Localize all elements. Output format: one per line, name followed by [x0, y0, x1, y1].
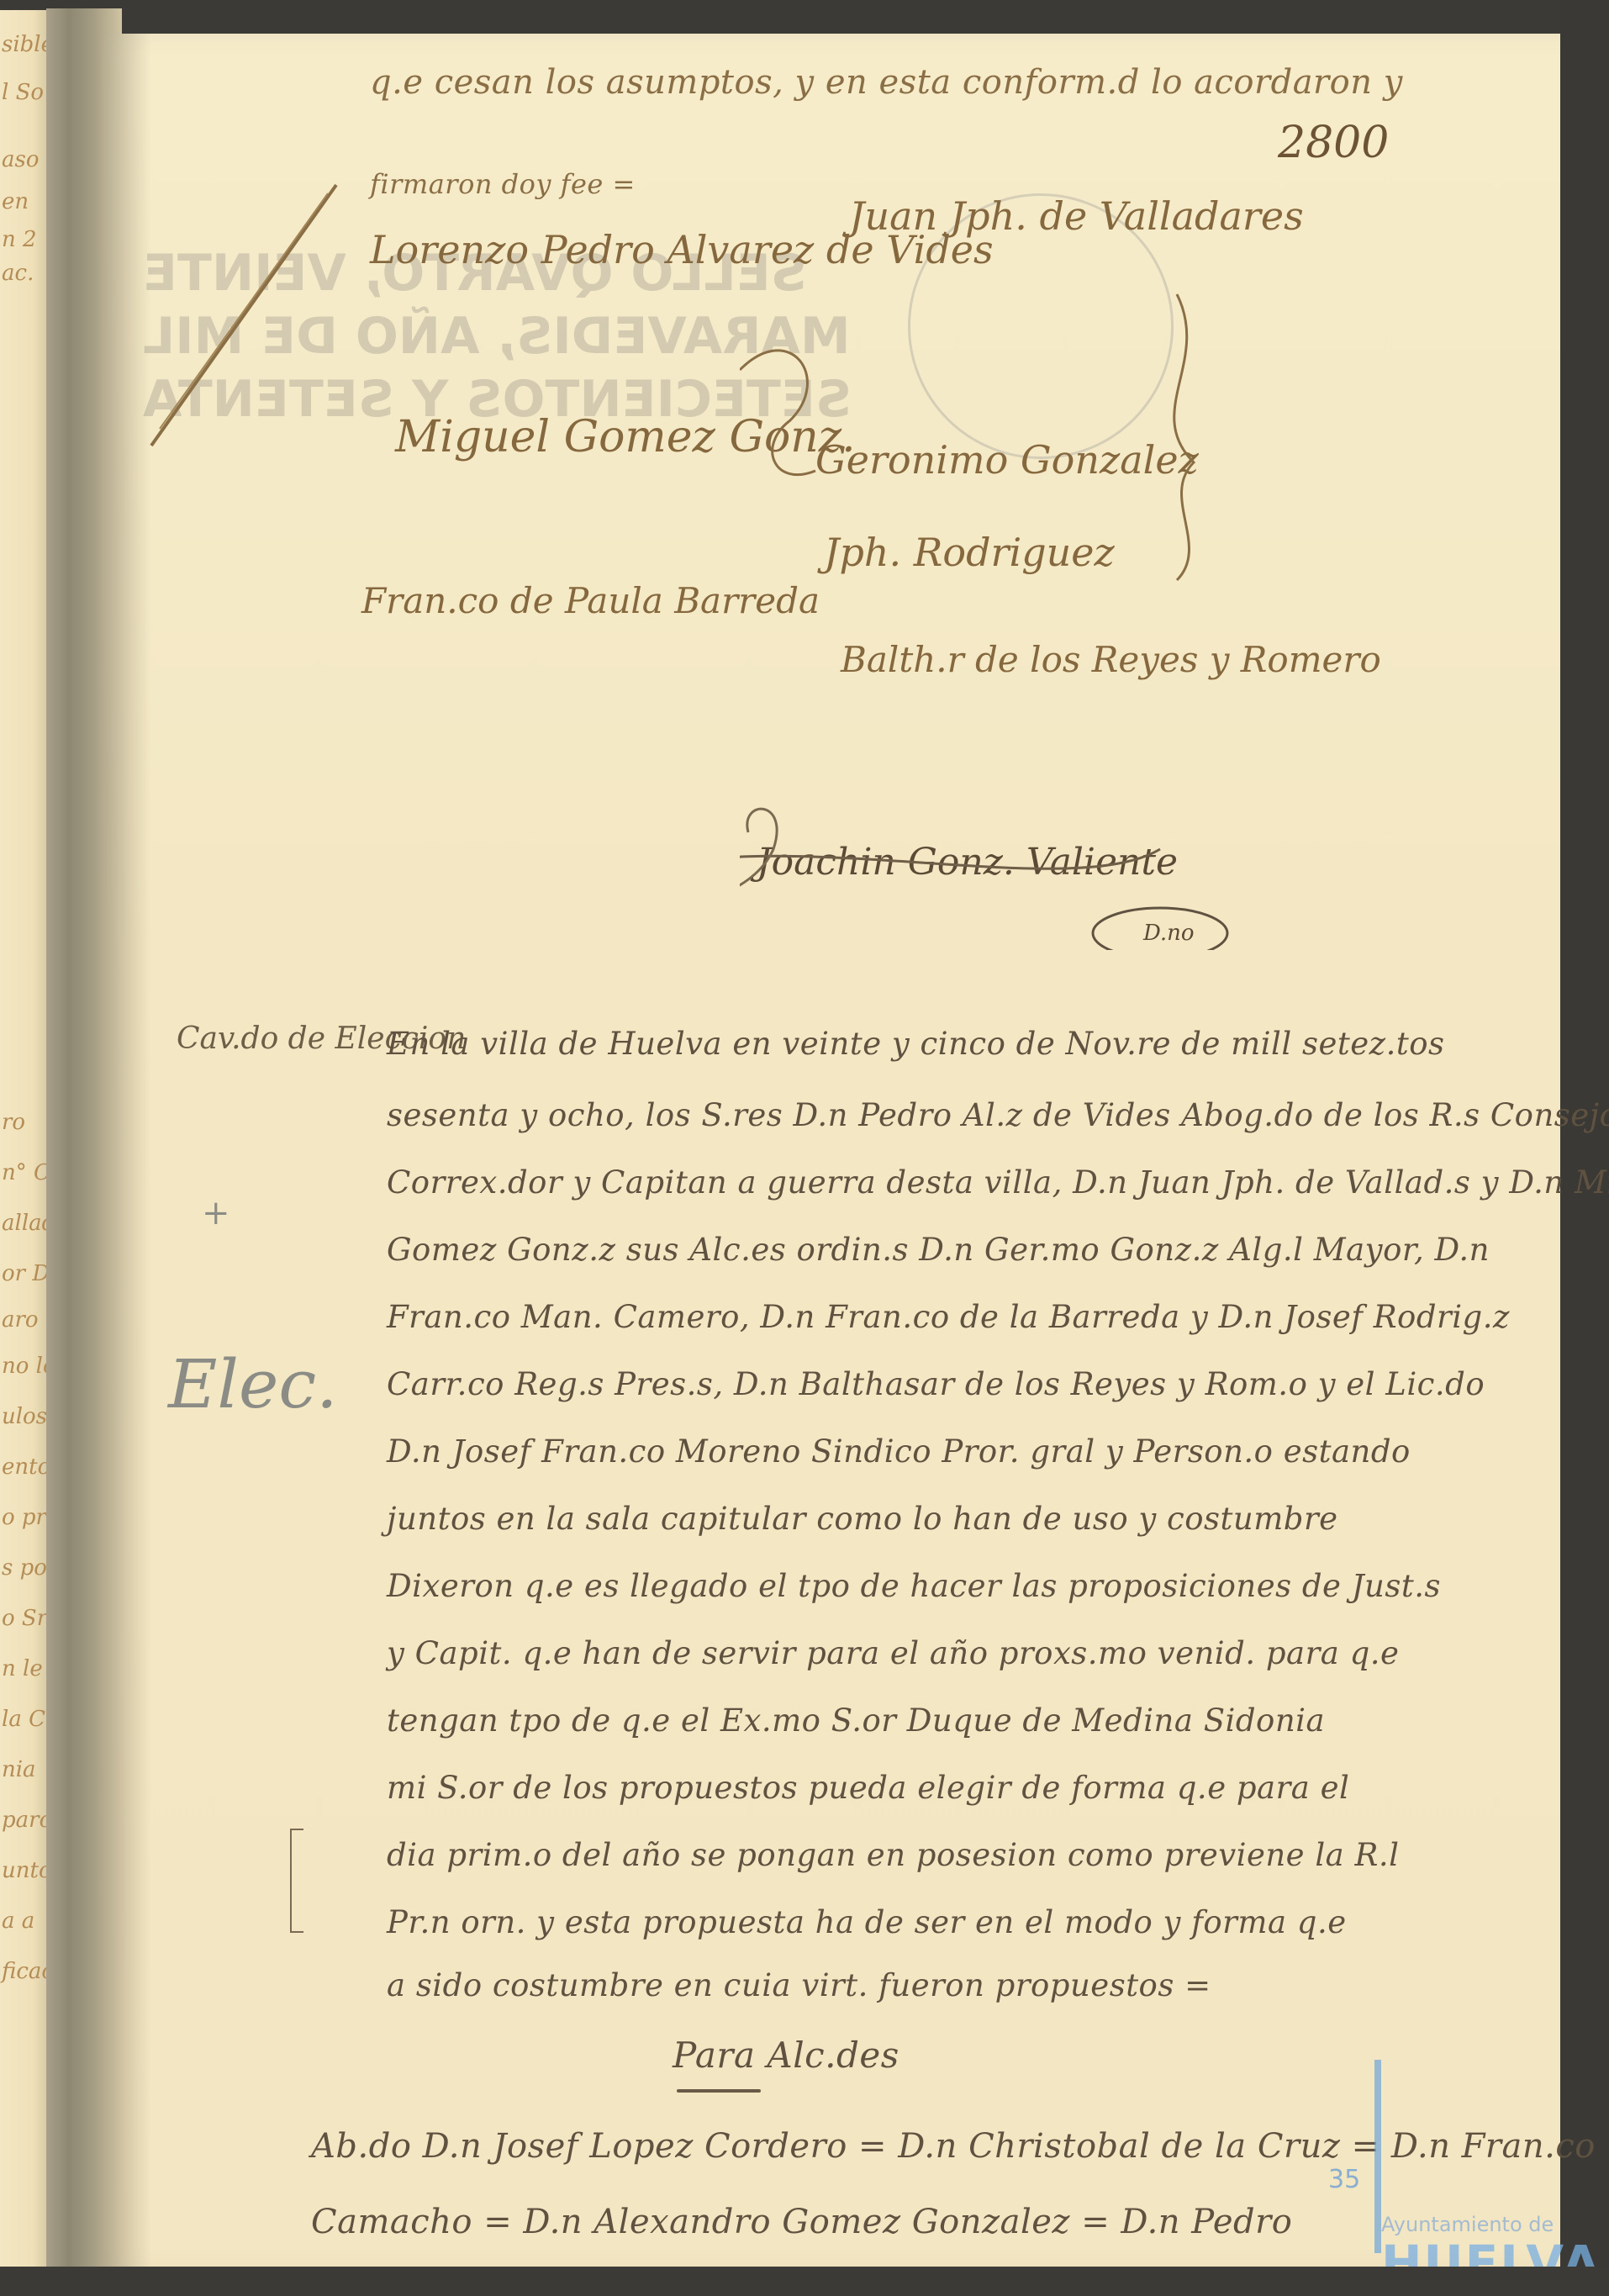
notary-mark: D.no [1143, 921, 1195, 946]
diagonal-strike-icon [135, 177, 353, 454]
facing-page-text: ulos [2, 1406, 47, 1428]
facing-page-text: l So [2, 82, 44, 103]
pencil-cross-mark-icon: + [202, 1194, 230, 1232]
scan-background-right [1560, 0, 1609, 2296]
margin-bracket [290, 1829, 303, 1933]
body-line: Pr.n orn. y esta propuesta ha de ser en … [387, 1904, 1347, 1940]
body-line: Fran.co Man. Camero, D.n Fran.co de la B… [387, 1299, 1510, 1335]
body-line: Dixeron q.e es llegado el tpo de hacer l… [387, 1568, 1441, 1604]
body-line: En la villa de Huelva en veinte y cinco … [387, 1026, 1445, 1062]
facing-page-text: aso [2, 149, 40, 171]
opening-line: q.e cesan los asumptos, y en esta confor… [370, 63, 1403, 102]
body-line: tengan tpo de q.e el Ex.mo S.or Duque de… [387, 1702, 1325, 1739]
facing-page-text: nia [2, 1759, 36, 1781]
facing-page-text: ro [2, 1111, 25, 1133]
body-line: D.n Josef Fran.co Moreno Sindico Pror. g… [387, 1433, 1411, 1470]
body-line: juntos en la sala capitular como lo han … [387, 1501, 1338, 1537]
section-heading: Para Alc.des [673, 2035, 899, 2076]
facing-page-text: n le [2, 1658, 43, 1680]
signature-rubric-icon [740, 193, 1244, 950]
body-line: dia prim.o del año se pongan en posesion… [387, 1837, 1399, 1873]
pencil-annotation: Elec. [168, 1345, 338, 1423]
body-line: a sido costumbre en cuia virt. fueron pr… [387, 1967, 1211, 2003]
body-line: Carr.co Reg.s Pres.s, D.n Balthasar de l… [387, 1366, 1485, 1402]
opening-line: firmaron doy fee = [370, 168, 636, 200]
facing-page-text: or D [2, 1263, 50, 1285]
facing-page-text: paro [2, 1809, 52, 1831]
section-heading-underline [677, 2089, 761, 2093]
facing-page-text: ento [2, 1456, 50, 1478]
facing-page-text: en [2, 191, 29, 213]
body-line: y Capit. q.e han de servir para el año p… [387, 1635, 1399, 1671]
facing-page-text: ac. [2, 262, 34, 284]
scan-background-bottom [0, 2267, 1609, 2296]
facing-page-text: o Sr [2, 1607, 47, 1629]
facing-page-text: a a [2, 1910, 34, 1932]
body-line: Correx.dor y Capitan a guerra desta vill… [387, 1164, 1609, 1201]
facing-page-fragment: sible l So aso en n 2 ac. ro n° Co allad… [0, 10, 46, 2272]
scan-background-top [0, 0, 1609, 38]
archive-watermark: Ayuntamiento de HUELVA [1349, 2060, 1559, 2295]
watermark-label: Ayuntamiento de [1381, 2213, 1554, 2236]
facing-page-text: aro [2, 1309, 39, 1331]
body-line: Gomez Gonz.z sus Alc.es ordin.s D.n Ger.… [387, 1232, 1490, 1268]
body-line: sesenta y ocho, los S.res D.n Pedro Al.z… [387, 1097, 1609, 1133]
closing-line: Camacho = D.n Alexandro Gomez Gonzalez =… [311, 2203, 1292, 2241]
folio-number: 2800 [1278, 118, 1389, 168]
facing-page-text: unto [2, 1860, 52, 1882]
body-line: mi S.or de los propuestos pueda elegir d… [387, 1770, 1349, 1806]
facing-page-text: n 2 [2, 229, 37, 251]
